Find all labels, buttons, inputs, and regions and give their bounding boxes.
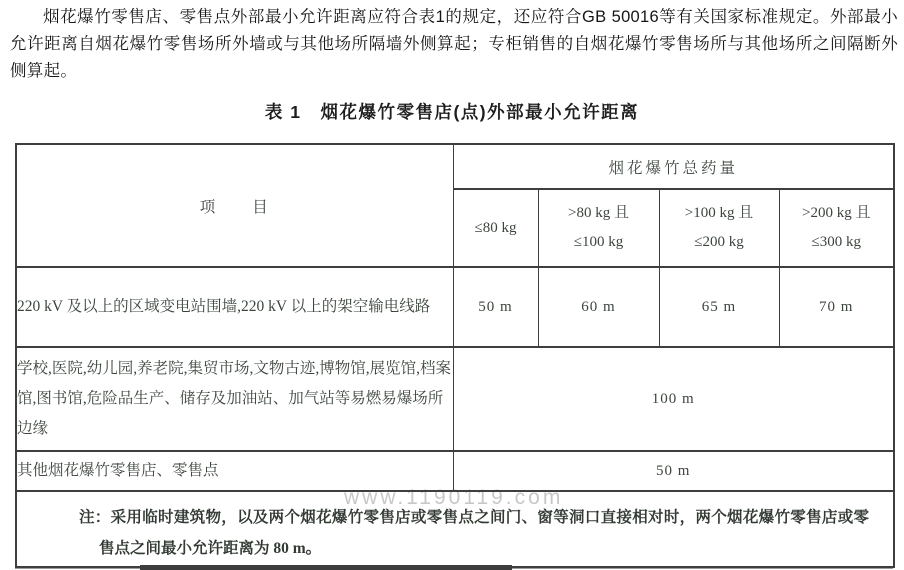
min-distance-table: 项 目 烟花爆竹总药量 ≤80 kg >80 kg 且 ≤100 kg >100… [15, 143, 895, 568]
column-header-range-2: >80 kg 且 ≤100 kg [538, 189, 659, 267]
range-line: ≤200 kg [660, 228, 779, 257]
distance-value-merged: 100 m [453, 347, 894, 451]
note-cell: 注：采用临时建筑物，以及两个烟花爆竹零售店或零售点之间门、窗等洞口直接相对时，两… [16, 491, 894, 567]
distance-value: 60 m [538, 267, 659, 347]
range-line: ≤80 kg [454, 214, 538, 243]
row-item-label: 其他烟花爆竹零售店、零售点 [16, 451, 453, 491]
header-row-group: 项 目 烟花爆竹总药量 [16, 144, 894, 189]
note-label: 注： [79, 509, 111, 526]
column-header-range-4: >200 kg 且 ≤300 kg [779, 189, 894, 267]
note-text: 采用临时建筑物，以及两个烟花爆竹零售店或零售点之间门、窗等洞口直接相对时，两个烟… [99, 509, 869, 557]
intro-paragraph: 烟花爆竹零售店、零售点外部最小允许距离应符合表1的规定，还应符合GB 50016… [10, 4, 898, 85]
distance-value-merged: 50 m [453, 451, 894, 491]
distance-value: 70 m [779, 267, 894, 347]
row-item-label: 学校,医院,幼儿园,养老院,集贸市场,文物古迹,博物馆,展览馆,档案馆,图书馆,… [16, 347, 453, 451]
table-row: 220 kV 及以上的区域变电站围墙,220 kV 以上的架空输电线路 50 m… [16, 267, 894, 347]
range-line: >200 kg 且 [780, 199, 894, 228]
column-header-range-1: ≤80 kg [453, 189, 538, 267]
range-line: ≤100 kg [539, 228, 659, 257]
range-line: >80 kg 且 [539, 199, 659, 228]
range-line: ≤300 kg [780, 228, 894, 257]
range-line: >100 kg 且 [660, 199, 779, 228]
row-item-label: 220 kV 及以上的区域变电站围墙,220 kV 以上的架空输电线路 [16, 267, 453, 347]
table-row: 其他烟花爆竹零售店、零售点 50 m [16, 451, 894, 491]
column-header-range-3: >100 kg 且 ≤200 kg [659, 189, 779, 267]
table-note: 注：采用临时建筑物，以及两个烟花爆竹零售店或零售点之间门、窗等洞口直接相对时，两… [17, 502, 869, 564]
column-header-item: 项 目 [16, 144, 453, 267]
distance-value: 50 m [453, 267, 538, 347]
note-row: 注：采用临时建筑物，以及两个烟花爆竹零售店或零售点之间门、窗等洞口直接相对时，两… [16, 491, 894, 567]
distance-value: 65 m [659, 267, 779, 347]
column-header-total-charge: 烟花爆竹总药量 [453, 144, 894, 189]
table-title: 表 1 烟花爆竹零售店(点)外部最小允许距离 [0, 99, 904, 124]
table-row: 学校,医院,幼儿园,养老院,集贸市场,文物古迹,博物馆,展览馆,档案馆,图书馆,… [16, 347, 894, 451]
